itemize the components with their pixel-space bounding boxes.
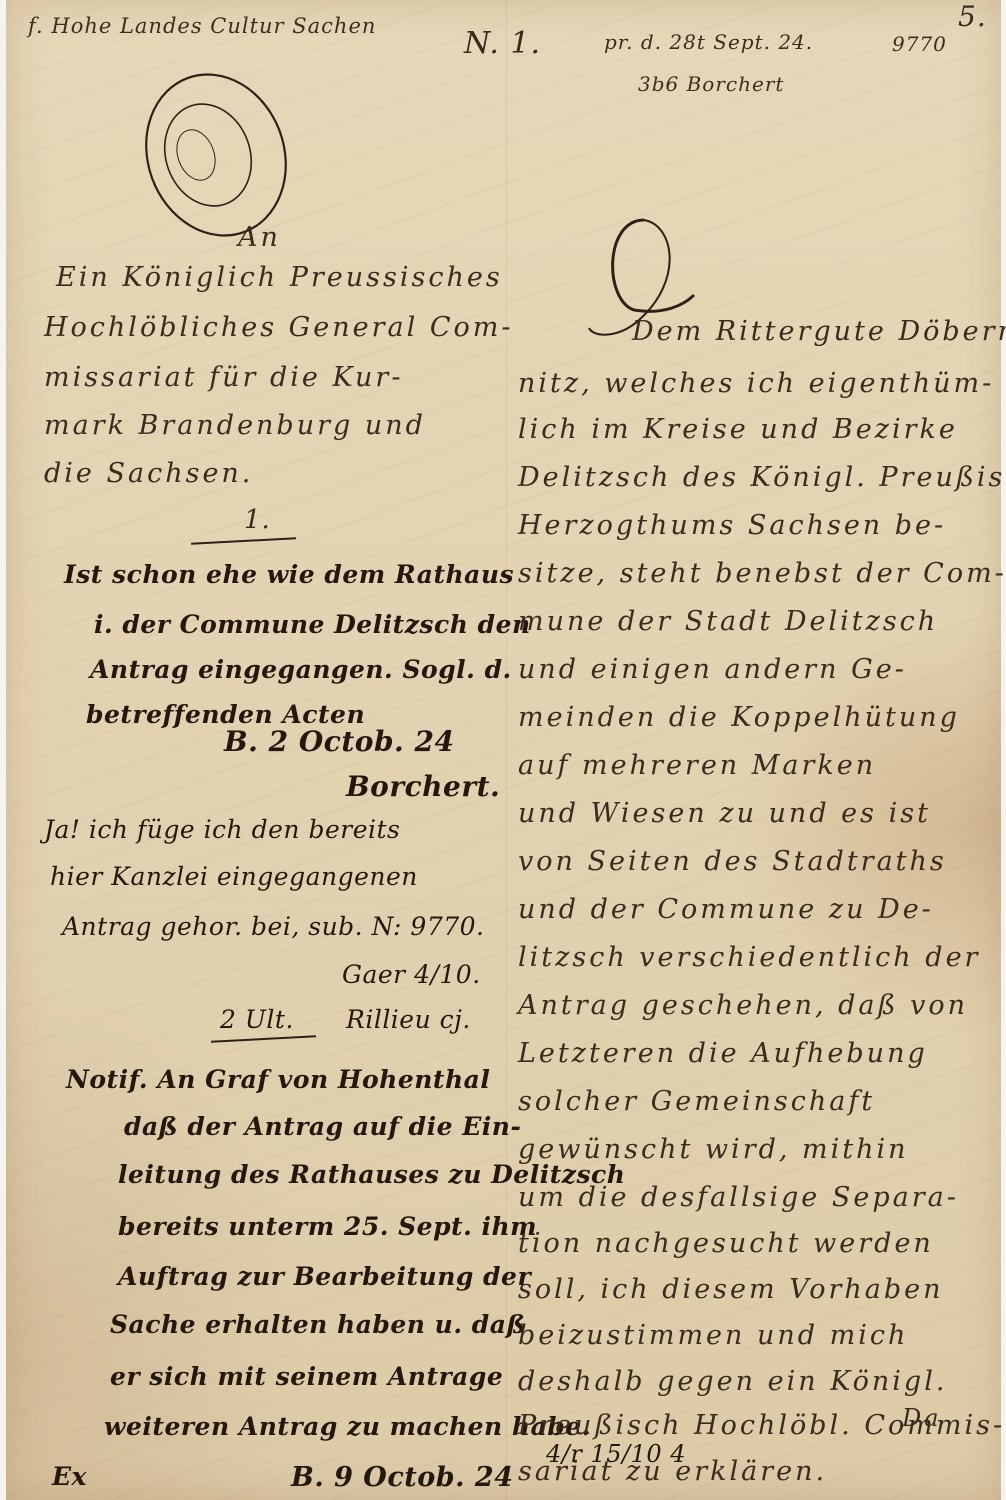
signature-1-name: Borchert. [346,770,500,803]
subject-line: f. Hohe Landes Cultur Sachen [28,14,376,38]
note-2-line-1: Ja! ich füge ich den bereits [44,815,400,844]
letter-line-6: sitze, steht benebst der Com- [518,558,1006,589]
folio-number: 5. [958,0,987,33]
letter-line-9: meinden die Koppelhütung [518,702,960,733]
note-2-line-3: Antrag gehor. bei, sub. N: 9770. [62,912,485,941]
marker-2-underline [211,1035,316,1042]
letter-line-11: und Wiesen zu und es ist [518,798,931,829]
marker-underline [191,537,296,544]
signature-3: Rillieu cj. [346,1005,471,1034]
note-1-line-2: i. der Commune Delitzsch den [94,610,531,639]
address-line-4: missariat für die Kur- [44,362,403,393]
letter-line-22: beizustimmen und mich [518,1320,908,1351]
letter-line-3: lich im Kreise und Bezirke [518,414,958,445]
document-number: N. 1. [464,26,541,61]
manuscript-page: f. Hohe Landes Cultur Sachen N. 1. pr. d… [6,0,1001,1500]
note-3-line-5: Auftrag zur Bearbeitung der [118,1262,531,1291]
letter-line-12: von Seiten des Stadtraths [518,846,947,877]
note-3-line-1: Notif. An Graf von Hohenthal [66,1065,490,1094]
letter-line-18: gewünscht wird, mithin [518,1134,909,1165]
letter-line-4: Delitzsch des Königl. Preußisch [518,462,1006,493]
note-3-line-4: bereits unterm 25. Sept. ihm [118,1212,537,1241]
calligraphic-initial-flourish-icon [116,60,316,250]
marginal-marker-2: 2 Ult. [220,1005,294,1034]
received-note-line-1: pr. d. 28t Sept. 24. [604,30,813,54]
letter-line-17: solcher Gemeinschaft [518,1086,875,1117]
note-3-line-7: er sich mit seinem Antrage [110,1362,503,1391]
letter-line-2: nitz, welches ich eigenthüm- [518,368,994,399]
bottom-date-note: 4/r 15/10 4 [546,1440,686,1468]
address-line-2: Ein Königlich Preussisches [56,262,503,293]
signature-1-date: B. 2 Octob. 24 [224,725,454,758]
letter-line-1: Dem Rittergute Döbern- [632,316,1006,347]
address-line-6: die Sachsen. [44,458,253,489]
letter-line-13: und der Commune zu De- [518,894,934,925]
letter-line-21: soll, ich diesem Vorhaben [518,1274,944,1305]
note-1-line-1: Ist schon ehe wie dem Rathaus [64,560,514,589]
letter-line-10: auf mehreren Marken [518,750,876,781]
signature-2: Gaer 4/10. [342,960,481,989]
address-line-3: Hochlöbliches General Com- [44,312,513,343]
note-3-line-2: daß der Antrag auf die Ein- [124,1112,521,1141]
reference-number: 9770 [892,32,947,56]
letter-line-14: litzsch verschiedentlich der [518,942,980,973]
signature-4-date: B. 9 Octob. 24 [291,1462,514,1493]
note-3-line-6: Sache erhalten haben u. daß [110,1310,526,1339]
address-line-1: An [238,222,281,253]
marginal-marker-1: 1. [244,505,271,535]
note-2-line-2: hier Kanzlei eingegangenen [50,862,418,891]
letter-line-16: Letzteren die Aufhebung [518,1038,928,1069]
letter-line-23: deshalb gegen ein Königl. [518,1366,947,1397]
letter-line-19: um die desfallsige Separa- [518,1182,959,1213]
letter-line-20: tion nachgesucht werden [518,1228,934,1259]
bottom-fragment: Ex [52,1462,87,1491]
letter-line-7: mune der Stadt Delitzsch [518,606,938,637]
letter-line-15: Antrag geschehen, daß von [518,990,968,1021]
letter-line-5: Herzogthums Sachsen be- [518,510,946,541]
address-line-5: mark Brandenburg und [44,410,426,441]
note-1-line-3: Antrag eingegangen. Sogl. d. [90,655,512,684]
letter-line-8: und einigen andern Ge- [518,654,907,685]
received-note-line-2: 3b6 Borchert [638,72,784,96]
catchword: Da [902,1404,942,1432]
